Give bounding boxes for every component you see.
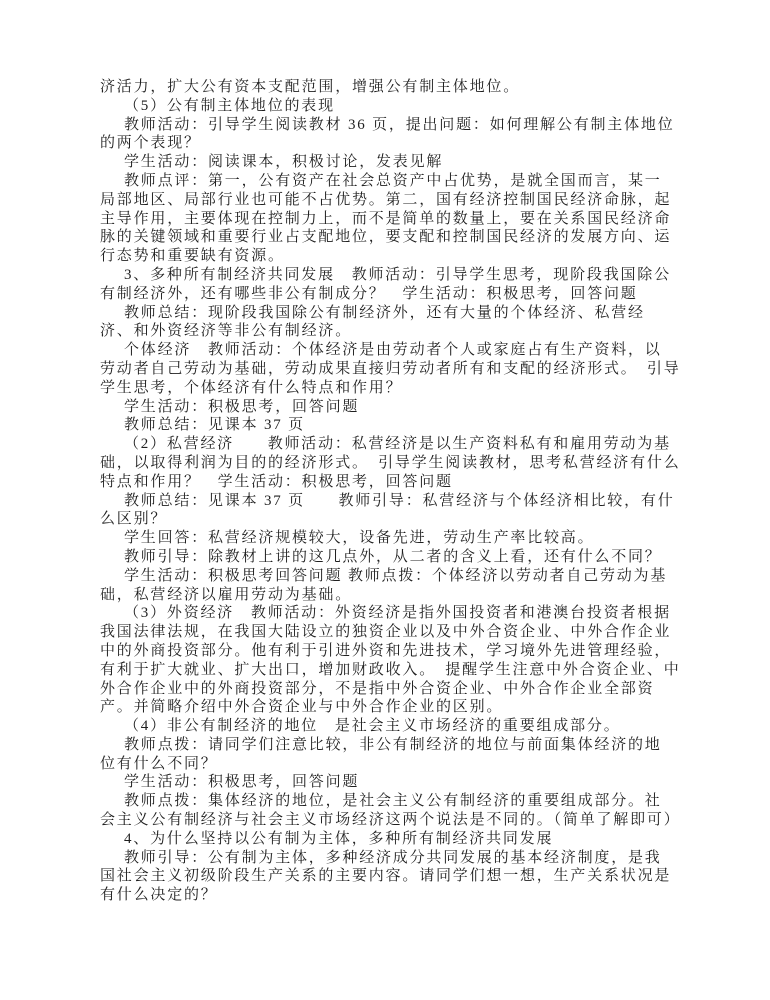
document-line: （5）公有制主体地位的表现	[100, 97, 672, 116]
document-line: 教师引导：除教材上讲的这几点外，从二者的含义上看，还有什么不同？	[100, 548, 672, 567]
document-line: 教师总结：见课本 37 页	[100, 416, 672, 435]
document-line: 我国法律法规，在我国大陆设立的独资企业以及中外合资企业、中外合作企业	[100, 623, 672, 642]
document-line: （2）私营经济 教师活动：私营经济是以生产资料私有和雇用劳动为基	[100, 435, 672, 454]
document-line: 础，私营经济以雇用劳动为基础。	[100, 586, 672, 605]
document-line: 教师活动：引导学生阅读教材 36 页，提出问题：如何理解公有制主体地位	[100, 116, 672, 135]
document-line: 学生活动：积极思考回答问题 教师点拨：个体经济以劳动者自己劳动为基	[100, 567, 672, 586]
document-line: 教师点评：第一，公有资产在社会总资产中占优势，是就全国而言，某一	[100, 172, 672, 191]
document-line: 学生回答：私营经济规模较大，设备先进，劳动生产率比较高。	[100, 529, 672, 548]
document-line: 局部地区、局部行业也可能不占优势。第二，国有经济控制国民经济命脉，起	[100, 191, 672, 210]
document-line: 有利于扩大就业、扩大出口，增加财政收入。 提醒学生注意中外合资企业、中	[100, 661, 672, 680]
document-line: 会主义公有制经济与社会主义市场经济这两个说法是不同的。（简单了解即可）	[100, 811, 672, 830]
document-line: 国社会主义初级阶段生产关系的主要内容。请同学们想一想，生产关系状况是	[100, 867, 672, 886]
document-line: 中的外商投资部分。他有利于引进外资和先进技术，学习境外先进管理经验，	[100, 642, 672, 661]
document-line: 济、和外资经济等非公有制经济。	[100, 322, 672, 341]
document-line: （4）非公有制经济的地位 是社会主义市场经济的重要组成部分。	[100, 717, 672, 736]
document-line: 产。并简略介绍中外合资企业与中外合作企业的区别。	[100, 698, 672, 717]
document-line: 有什么决定的？	[100, 886, 672, 905]
document-line: 个体经济 教师活动：个体经济是由劳动者个人或家庭占有生产资料，以	[100, 341, 672, 360]
document-line: 主导作用，主要体现在控制力上，而不是简单的数量上，要在关系国民经济命	[100, 210, 672, 229]
document-line: 础，以取得利润为目的的经济形式。 引导学生阅读教材，思考私营经济有什么	[100, 454, 672, 473]
document-line: 的两个表现？	[100, 134, 672, 153]
document-line: 有制经济外，还有哪些非公有制成分？ 学生活动：积极思考，回答问题	[100, 285, 672, 304]
document-line: 位有什么不同？	[100, 755, 672, 774]
document-body: 济活力，扩大公有资本支配范围，增强公有制主体地位。（5）公有制主体地位的表现教师…	[100, 78, 672, 905]
document-line: 学生活动：积极思考，回答问题	[100, 398, 672, 417]
document-line: （3）外资经济 教师活动：外资经济是指外国投资者和港澳台投资者根据	[100, 604, 672, 623]
document-line: 3、多种所有制经济共同发展 教师活动：引导学生思考，现阶段我国除公	[100, 266, 672, 285]
document-line: 济活力，扩大公有资本支配范围，增强公有制主体地位。	[100, 78, 672, 97]
document-line: 学生活动：积极思考，回答问题	[100, 773, 672, 792]
document-line: 4、为什么坚持以公有制为主体，多种所有制经济共同发展	[100, 830, 672, 849]
document-page: 济活力，扩大公有资本支配范围，增强公有制主体地位。（5）公有制主体地位的表现教师…	[0, 0, 770, 1000]
document-line: 特点和作用？ 学生活动：积极思考，回答问题	[100, 473, 672, 492]
document-line: 外合作企业中的外商投资部分，不是指中外合资企业、中外合作企业全部资	[100, 680, 672, 699]
document-line: 学生思考，个体经济有什么特点和作用？	[100, 379, 672, 398]
document-line: 么区别？	[100, 510, 672, 529]
document-line: 脉的关键领域和重要行业占支配地位，要支配和控制国民经济的发展方向、运	[100, 228, 672, 247]
document-line: 教师引导：公有制为主体，多种经济成分共同发展的基本经济制度，是我	[100, 849, 672, 868]
document-line: 教师点拨：集体经济的地位，是社会主义公有制经济的重要组成部分。社	[100, 792, 672, 811]
document-line: 教师点拨：请同学们注意比较，非公有制经济的地位与前面集体经济的地	[100, 736, 672, 755]
document-line: 教师总结：现阶段我国除公有制经济外，还有大量的个体经济、私营经	[100, 304, 672, 323]
document-line: 学生活动：阅读课本，积极讨论，发表见解	[100, 153, 672, 172]
document-line: 教师总结：见课本 37 页 教师引导：私营经济与个体经济相比较，有什	[100, 492, 672, 511]
document-line: 行态势和重要缺有资源。	[100, 247, 672, 266]
document-line: 劳动者自己劳动为基础，劳动成果直接归劳动者所有和支配的经济形式。 引导	[100, 360, 672, 379]
